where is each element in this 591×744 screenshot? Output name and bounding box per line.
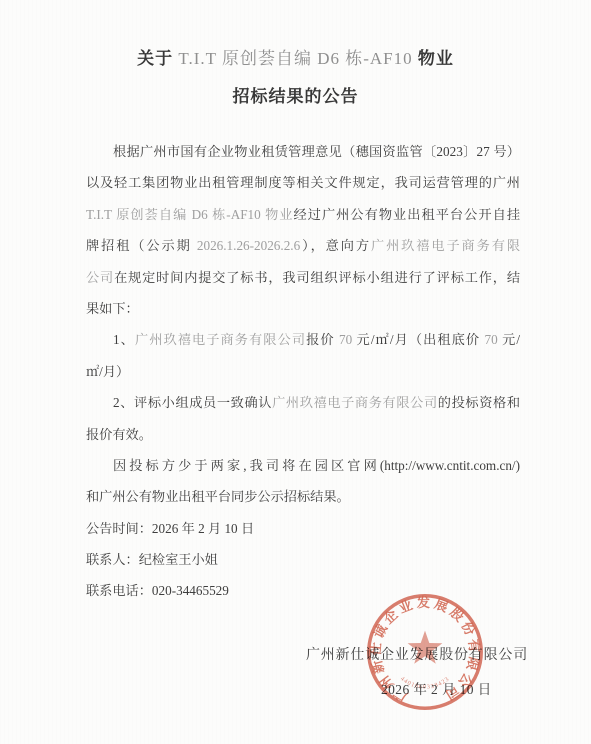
- signature-date: 2026 年 2 月 10 日: [381, 678, 492, 698]
- text-line: 1、广州玖禧电子商务有限公司报价 70 元/㎡/月（出租底价 70 元/: [86, 324, 520, 355]
- text-line: T.I.T 原创荟自编 D6 栋-AF10 物业经过广州公有物业出租平台公开自挂: [86, 199, 520, 230]
- text-line: 果如下：: [86, 293, 520, 324]
- text-run: 报价: [306, 332, 339, 347]
- text-run: 牌招租（公示期: [86, 238, 197, 253]
- text-line: 公司在规定时间内提交了标书，我司组织评标小组进行了评标工作，结: [86, 262, 520, 293]
- text-run: 关于: [137, 49, 178, 68]
- text-line: 关于 T.I.T 原创荟自编 D6 栋-AF10 物业: [0, 40, 591, 78]
- text-run: 招标结果的公告: [233, 87, 359, 106]
- text-line: 2、评标小组成员一致确认广州玖禧电子商务有限公司的投标资格和: [86, 387, 520, 418]
- text-run: 1、: [113, 332, 135, 347]
- text-run: 根据广州市国有企业物业租赁管理意见（穗国资监管〔2023〕27 号）: [113, 144, 520, 159]
- text-run: 果如下：: [86, 301, 139, 316]
- text-run: 和广州公有物业出租平台同步公示招标结果。: [86, 489, 350, 504]
- text-line: 联系电话：020-34465529: [86, 575, 520, 606]
- text-run: 70: [485, 332, 498, 347]
- document-title: 关于 T.I.T 原创荟自编 D6 栋-AF10 物业招标结果的公告: [0, 40, 591, 116]
- text-run: 公告时间：2026 年 2 月 10 日: [86, 521, 254, 536]
- text-run: 在规定时间内提交了标书，我司组织评标小组进行了评标工作，结: [114, 270, 520, 285]
- text-run: 以及轻工集团物业出租管理制度等相关文件规定，我司运营管理的广州: [86, 175, 520, 190]
- text-run: 广州玖禧电子商务有限: [371, 238, 520, 253]
- text-run: 公司: [86, 270, 114, 285]
- text-run: 元/: [498, 332, 520, 347]
- text-run: 70: [339, 332, 352, 347]
- text-line: 招标结果的公告: [0, 78, 591, 116]
- text-run: T.I.T 原创荟自编 D6 栋-AF10 物业: [86, 207, 294, 222]
- text-run: 联系人：纪检室王小姐: [86, 552, 218, 567]
- text-run: 物业: [418, 49, 454, 68]
- text-run: 的投标资格和: [438, 395, 520, 410]
- document-body: 根据广州市国有企业物业租赁管理意见（穗国资监管〔2023〕27 号）以及轻工集团…: [86, 136, 520, 607]
- text-line: 联系人：纪检室王小姐: [86, 544, 520, 575]
- text-line: 和广州公有物业出租平台同步公示招标结果。: [86, 481, 520, 512]
- text-line: 以及轻工集团物业出租管理制度等相关文件规定，我司运营管理的广州: [86, 167, 520, 198]
- announcement-page: 关于 T.I.T 原创荟自编 D6 栋-AF10 物业招标结果的公告 根据广州市…: [0, 0, 591, 744]
- text-line: 报价有效。: [86, 419, 520, 450]
- text-line: 因投标方少于两家,我司将在园区官网(http://www.cntit.com.c…: [86, 450, 520, 481]
- text-run: 广州玖禧电子商务有限公司: [135, 332, 306, 347]
- text-run: T.I.T 原创荟自编 D6 栋-AF10: [178, 49, 418, 68]
- text-run: 元/㎡/月（出租底价: [352, 332, 484, 347]
- text-run: ㎡/月）: [86, 364, 129, 379]
- text-run: 2、评标小组成员一致确认: [113, 395, 272, 410]
- text-line: ㎡/月）: [86, 356, 520, 387]
- text-run: 经过广州公有物业出租平台公开自挂: [294, 207, 520, 222]
- text-run: 广州玖禧电子商务有限公司: [272, 395, 438, 410]
- text-run: 联系电话：020-34465529: [86, 583, 229, 598]
- text-line: 根据广州市国有企业物业租赁管理意见（穗国资监管〔2023〕27 号）: [86, 136, 520, 167]
- signature-company: 广州新仕诚企业发展股份有限公司: [306, 644, 528, 664]
- text-line: 公告时间：2026 年 2 月 10 日: [86, 513, 520, 544]
- text-line: 牌招租（公示期 2026.1.26-2026.2.6），意向方广州玖禧电子商务有…: [86, 230, 520, 261]
- text-run: ），意向方: [300, 238, 371, 253]
- text-run: 因投标方少于两家,我司将在园区官网(http://www.cntit.com.c…: [113, 458, 520, 473]
- text-run: 报价有效。: [86, 427, 152, 442]
- text-run: 2026.1.26-2026.2.6: [197, 238, 300, 253]
